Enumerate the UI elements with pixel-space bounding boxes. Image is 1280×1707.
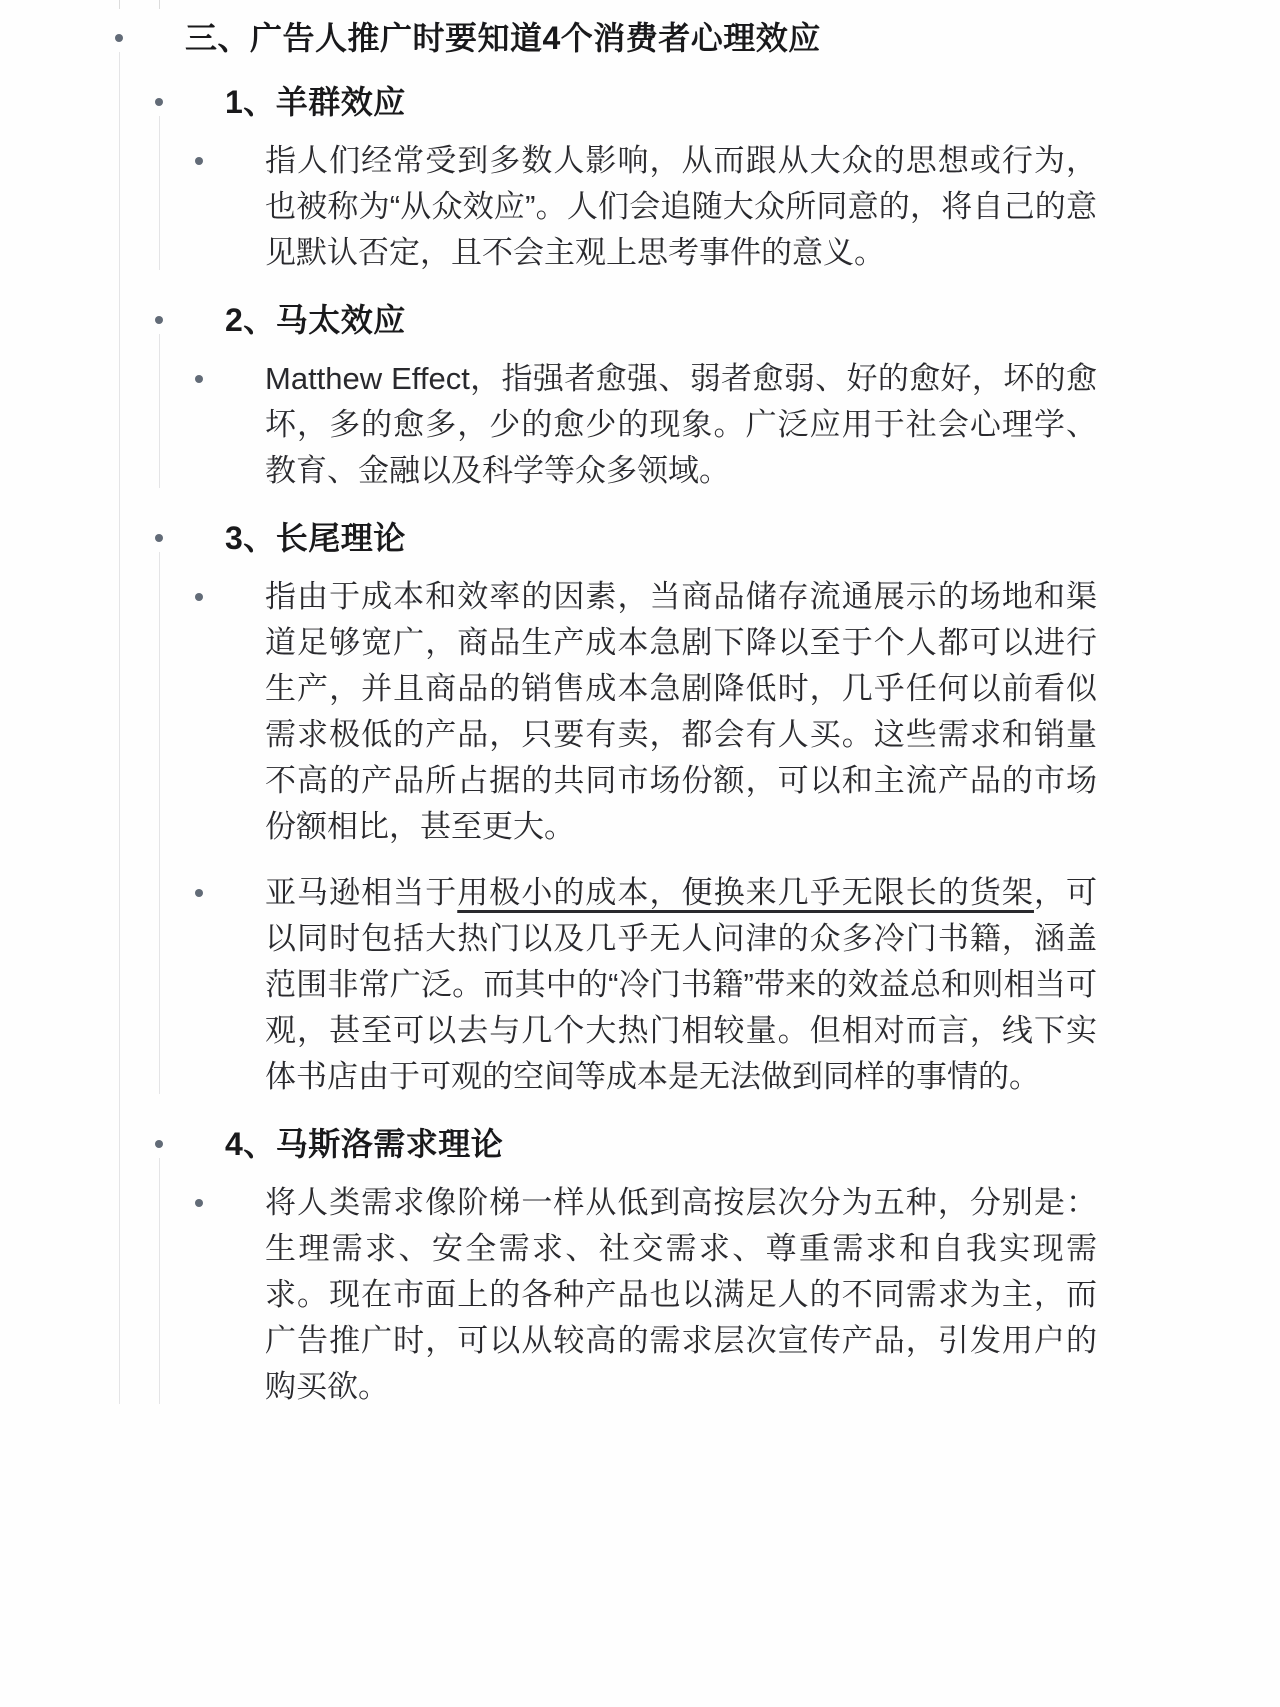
outline-heading-text: 1、羊群效应 — [225, 78, 1057, 126]
outline-row: 指由于成本和效率的因素，当商品储存流通展示的场地和渠道足够宽广，商品生产成本急剧… — [187, 574, 1280, 850]
outline-heading-text: 3、长尾理论 — [225, 514, 1057, 562]
outline-paragraph: 亚马逊相当于用极小的成本，便换来几乎无限长的货架，可以同时包括大热门以及几乎无人… — [187, 870, 1280, 1100]
bullet-dot-icon[interactable] — [155, 316, 163, 324]
bullet-gutter — [187, 356, 265, 494]
outline-heading-text: 三、广告人推广时要知道4个消费者心理效应 — [185, 14, 1017, 62]
bullet-dot-icon[interactable] — [195, 593, 203, 601]
outline-paragraph: 将人类需求像阶梯一样从低到高按层次分为五种，分别是：生理需求、安全需求、社交需求… — [187, 1180, 1280, 1410]
bullet-gutter — [187, 1180, 265, 1410]
outline-row: 2、马太效应 — [147, 296, 1280, 344]
outline-children-group: Matthew Effect，指强者愈强、弱者愈弱、好的愈好，坏的愈坏，多的愈多… — [147, 356, 1280, 494]
outline-paragraph: 指人们经常受到多数人影响，从而跟从大众的思想或行为，也被称为“从众效应”。人们会… — [187, 138, 1280, 276]
outline-row: 1、羊群效应 — [147, 78, 1280, 126]
bullet-gutter — [107, 14, 185, 62]
outline-paragraph-text: 指由于成本和效率的因素，当商品储存流通展示的场地和渠道足够宽广，商品生产成本急剧… — [265, 574, 1097, 850]
outline-paragraph-text: Matthew Effect，指强者愈强、弱者愈弱、好的愈好，坏的愈坏，多的愈多… — [265, 356, 1097, 494]
outline-item: 4、马斯洛需求理论将人类需求像阶梯一样从低到高按层次分为五种，分别是：生理需求、… — [147, 1120, 1280, 1410]
outline-heading-text: 2、马太效应 — [225, 296, 1057, 344]
outline-children-group: 指由于成本和效率的因素，当商品储存流通展示的场地和渠道足够宽广，商品生产成本急剧… — [147, 574, 1280, 1100]
outline-paragraph: 指由于成本和效率的因素，当商品储存流通展示的场地和渠道足够宽广，商品生产成本急剧… — [187, 574, 1280, 850]
bullet-dot-icon[interactable] — [195, 1199, 203, 1207]
bullet-gutter — [147, 514, 225, 562]
bullet-gutter — [147, 1120, 225, 1168]
outline-row: Matthew Effect，指强者愈强、弱者愈弱、好的愈好，坏的愈坏，多的愈多… — [187, 356, 1280, 494]
text-segment: 指人们经常受到多数人影响，从而跟从大众的思想或行为，也被称为“从众效应”。人们会… — [265, 143, 1097, 270]
bullet-gutter — [147, 78, 225, 126]
guide-line-stub — [159, 0, 160, 9]
outline-row: 3、长尾理论 — [147, 514, 1280, 562]
guide-line-stub — [119, 0, 120, 9]
text-segment: 指由于成本和效率的因素，当商品储存流通展示的场地和渠道足够宽广，商品生产成本急剧… — [265, 579, 1097, 844]
outline-children-group: 1、羊群效应指人们经常受到多数人影响，从而跟从大众的思想或行为，也被称为“从众效… — [107, 78, 1280, 1410]
outline-children-group: 将人类需求像阶梯一样从低到高按层次分为五种，分别是：生理需求、安全需求、社交需求… — [147, 1180, 1280, 1410]
outline-item: 三、广告人推广时要知道4个消费者心理效应1、羊群效应指人们经常受到多数人影响，从… — [107, 14, 1280, 1410]
bullet-dot-icon[interactable] — [195, 889, 203, 897]
outline-document: 三、广告人推广时要知道4个消费者心理效应1、羊群效应指人们经常受到多数人影响，从… — [0, 0, 1280, 1410]
outline-paragraph: Matthew Effect，指强者愈强、弱者愈弱、好的愈好，坏的愈坏，多的愈多… — [187, 356, 1280, 494]
outline-paragraph-text: 亚马逊相当于用极小的成本，便换来几乎无限长的货架，可以同时包括大热门以及几乎无人… — [265, 870, 1097, 1100]
outline-paragraph-text: 将人类需求像阶梯一样从低到高按层次分为五种，分别是：生理需求、安全需求、社交需求… — [265, 1180, 1097, 1410]
text-segment: 亚马逊相当于 — [265, 875, 457, 910]
bullet-gutter — [187, 574, 265, 850]
bullet-gutter — [187, 870, 265, 1100]
outline-children-group: 指人们经常受到多数人影响，从而跟从大众的思想或行为，也被称为“从众效应”。人们会… — [147, 138, 1280, 276]
bullet-dot-icon[interactable] — [155, 534, 163, 542]
bullet-dot-icon[interactable] — [195, 157, 203, 165]
outline-row: 指人们经常受到多数人影响，从而跟从大众的思想或行为，也被称为“从众效应”。人们会… — [187, 138, 1280, 276]
outline-heading-text: 4、马斯洛需求理论 — [225, 1120, 1057, 1168]
text-segment: 将人类需求像阶梯一样从低到高按层次分为五种，分别是：生理需求、安全需求、社交需求… — [265, 1185, 1097, 1404]
underlined-text-segment: 用极小的成本，便换来几乎无限长的货架 — [457, 875, 1034, 910]
outline-row: 亚马逊相当于用极小的成本，便换来几乎无限长的货架，可以同时包括大热门以及几乎无人… — [187, 870, 1280, 1100]
outline-item: 1、羊群效应指人们经常受到多数人影响，从而跟从大众的思想或行为，也被称为“从众效… — [147, 78, 1280, 276]
outline-row: 三、广告人推广时要知道4个消费者心理效应 — [107, 14, 1280, 62]
outline-paragraph-text: 指人们经常受到多数人影响，从而跟从大众的思想或行为，也被称为“从众效应”。人们会… — [265, 138, 1097, 276]
bullet-dot-icon[interactable] — [155, 98, 163, 106]
text-segment: Matthew Effect，指强者愈强、弱者愈弱、好的愈好，坏的愈坏，多的愈多… — [265, 361, 1097, 488]
bullet-gutter — [187, 138, 265, 276]
outline-item: 3、长尾理论指由于成本和效率的因素，当商品储存流通展示的场地和渠道足够宽广，商品… — [147, 514, 1280, 1100]
bullet-dot-icon[interactable] — [195, 375, 203, 383]
bullet-dot-icon[interactable] — [155, 1140, 163, 1148]
outline-row: 4、马斯洛需求理论 — [147, 1120, 1280, 1168]
bullet-dot-icon[interactable] — [115, 34, 123, 42]
outline-item: 2、马太效应Matthew Effect，指强者愈强、弱者愈弱、好的愈好，坏的愈… — [147, 296, 1280, 494]
outline-row: 将人类需求像阶梯一样从低到高按层次分为五种，分别是：生理需求、安全需求、社交需求… — [187, 1180, 1280, 1410]
bullet-gutter — [147, 296, 225, 344]
